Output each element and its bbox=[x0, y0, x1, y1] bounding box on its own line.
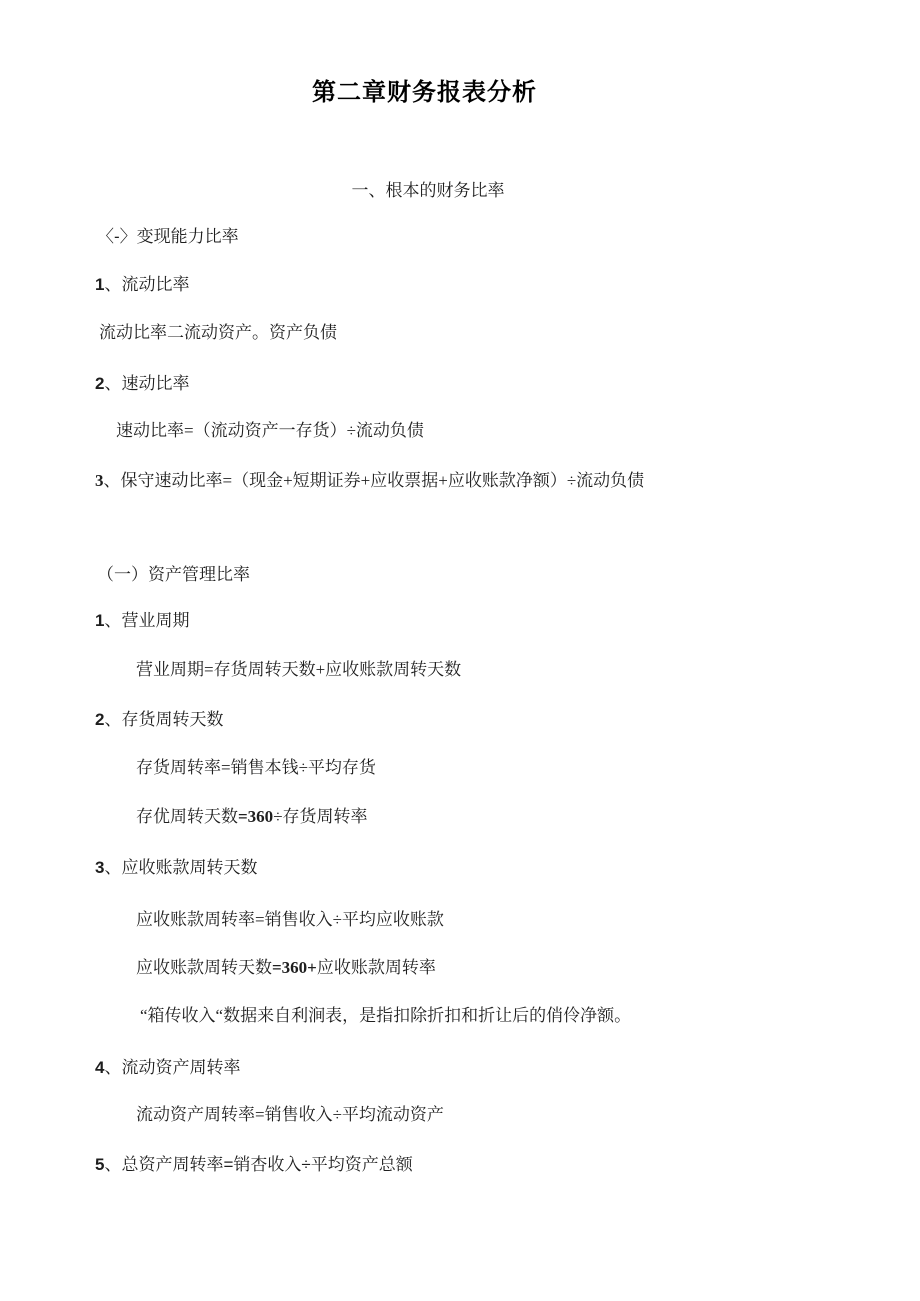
formula-line: 营业周期=存货周转天数+应收账款周转天数 bbox=[136, 660, 461, 680]
chapter-title: 第二章财务报表分析 bbox=[0, 79, 849, 108]
line-text: 营业周期=存货周转天数+应收账款周转天数 bbox=[136, 660, 461, 679]
numbered-item: 1、营业周期 bbox=[95, 611, 189, 631]
line-text: 流动比率二流动资产。资产负债 bbox=[99, 323, 337, 342]
item-number: 3 bbox=[95, 471, 104, 490]
line-tail: 应收账款周转率 bbox=[317, 958, 436, 977]
numbered-item: 3、保守速动比率=（现金+短期证券+应收票据+应收账款净额）÷流动负债 bbox=[95, 471, 644, 491]
line-bold: =360+ bbox=[272, 958, 317, 977]
line-tail: ÷存货周转率 bbox=[273, 807, 367, 826]
line-text: 存货周转率=销售本钱÷平均存货 bbox=[136, 758, 376, 777]
subsection-heading: （一）资产管理比率 bbox=[97, 565, 250, 585]
formula-line: 流动资产周转率=销售收入÷平均流动资产 bbox=[136, 1105, 444, 1125]
line-text: 、流动比率 bbox=[104, 275, 189, 294]
line-text: 、总资产周转率=销杏收入÷平均资产总额 bbox=[104, 1155, 412, 1174]
section-heading: 一、根本的财务比率 bbox=[0, 182, 856, 199]
numbered-item: 5、总资产周转率=销杏收入÷平均资产总额 bbox=[95, 1155, 413, 1175]
line-text: 、保守速动比率=（现金+短期证券+应收票据+应收账款净额）÷流动负债 bbox=[104, 471, 645, 490]
line-text: （一）资产管理比率 bbox=[97, 565, 250, 584]
numbered-item: 1、流动比率 bbox=[95, 275, 189, 295]
line-text: 流动资产周转率=销售收入÷平均流动资产 bbox=[136, 1105, 444, 1124]
numbered-item: 3、应收账款周转天数 bbox=[95, 858, 257, 878]
line-text: 存优周转天数 bbox=[136, 807, 238, 826]
numbered-item: 4、流动资产周转率 bbox=[95, 1058, 240, 1078]
line-text: 速动比率=（流动资产一存货）÷流动负债 bbox=[116, 421, 424, 440]
numbered-item: 2、速动比率 bbox=[95, 374, 189, 394]
formula-line: 存优周转天数=360÷存货周转率 bbox=[136, 807, 368, 827]
formula-line: 速动比率=（流动资产一存货）÷流动负债 bbox=[116, 421, 424, 441]
note-line: “箱传收入“数据来自利涧表，是指扣除折扣和折让后的俏伶净额。 bbox=[140, 1006, 631, 1026]
line-text: 应收账款周转天数 bbox=[136, 958, 272, 977]
line-text: 、速动比率 bbox=[104, 374, 189, 393]
numbered-item: 2、存货周转天数 bbox=[95, 710, 223, 730]
line-text: 、存货周转天数 bbox=[104, 710, 223, 729]
line-text: 应收账款周转率=销售收入÷平均应收账款 bbox=[136, 910, 444, 929]
line-bold: =360 bbox=[238, 807, 273, 826]
line-text: 、应收账款周转天数 bbox=[104, 858, 257, 877]
line-text: 、营业周期 bbox=[104, 611, 189, 630]
formula-line: 存货周转率=销售本钱÷平均存货 bbox=[136, 758, 376, 778]
document-page: 第二章财务报表分析 一、根本的财务比率 〈-〉变现能力比率 1、流动比率 流动比… bbox=[0, 0, 920, 1301]
formula-line: 流动比率二流动资产。资产负债 bbox=[99, 323, 337, 343]
formula-line: 应收账款周转率=销售收入÷平均应收账款 bbox=[136, 910, 444, 930]
line-text: “箱传收入“数据来自利涧表，是指扣除折扣和折让后的俏伶净额。 bbox=[140, 1006, 631, 1025]
line-text: 〈-〉变现能力比率 bbox=[97, 227, 239, 246]
formula-line: 应收账款周转天数=360+应收账款周转率 bbox=[136, 958, 436, 978]
subsection-heading: 〈-〉变现能力比率 bbox=[97, 227, 239, 247]
line-text: 、流动资产周转率 bbox=[104, 1058, 240, 1077]
